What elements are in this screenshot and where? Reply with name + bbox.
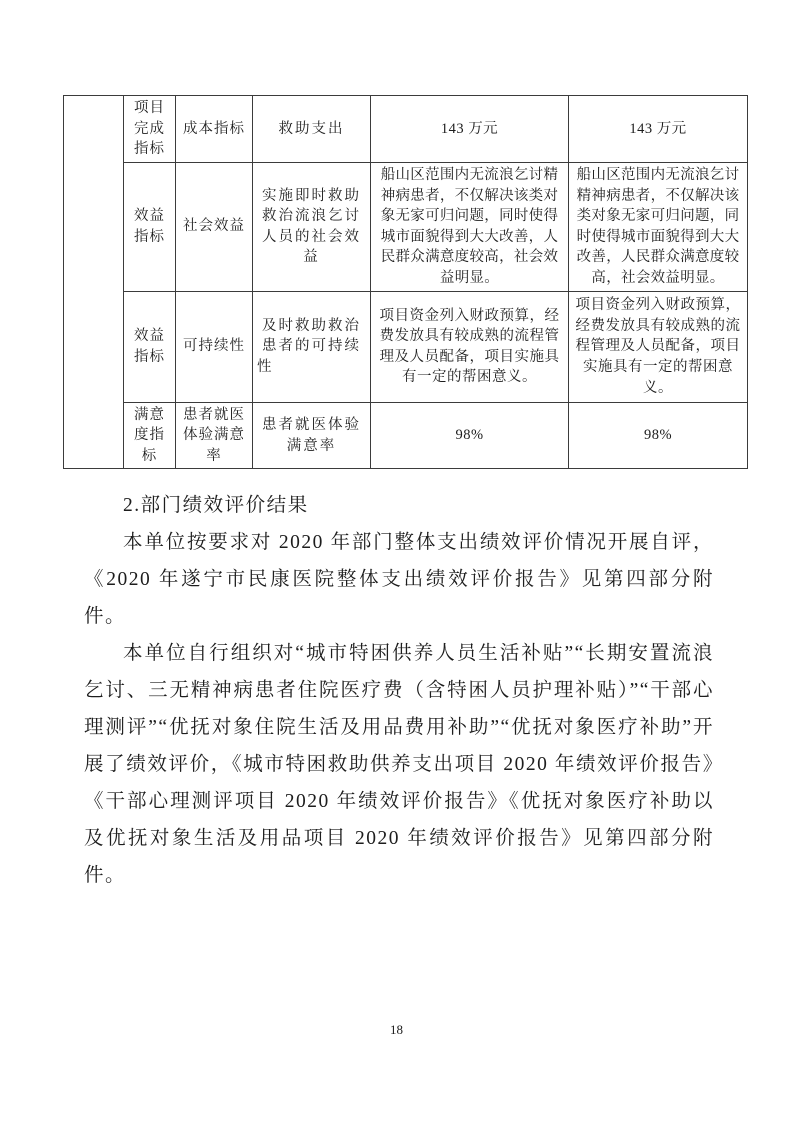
table-cell-category: 效益指标	[124, 162, 176, 291]
table-cell-target: 船山区范围内无流浪乞讨精神病患者，不仅解决该类对象无家可归问题，同时使得城市面貌…	[371, 162, 569, 291]
body-text-block: 2.部门绩效评价结果 本单位按要求对 2020 年部门整体支出绩效评价情况开展自…	[84, 487, 714, 894]
page-number: 18	[0, 1022, 793, 1038]
paragraph-project-evaluations: 本单位自行组织对“城市特困供养人员生活补贴”“长期安置流浪乞讨、三无精神病患者住…	[84, 635, 714, 894]
table-cell-category: 满意度指标	[124, 402, 176, 469]
table-cell-actual: 船山区范围内无流浪乞讨精神病患者，不仅解决该类对象无家可归问题，同时使得城市面貌…	[569, 162, 748, 291]
table-row: 效益指标 可持续性 及时救助救治患者的可持续性 项目资金列入财政预算，经费发放具…	[64, 291, 748, 402]
table-cell-actual: 项目资金列入财政预算，经费发放具有较成熟的流程管理及人员配备，项目实施具有一定的…	[569, 291, 748, 402]
table-cell-type: 患者就医体验满意率	[176, 402, 253, 469]
table-cell-continued-stub	[64, 96, 124, 469]
table-row: 效益指标 社会效益 实施即时救助救治流浪乞讨人员的社会效益 船山区范围内无流浪乞…	[64, 162, 748, 291]
table-cell-indicator: 救助支出	[253, 96, 371, 163]
table-cell-actual: 98%	[569, 402, 748, 469]
table-cell-target: 项目资金列入财政预算，经费发放具有较成熟的流程管理及人员配备，项目实施具有一定的…	[371, 291, 569, 402]
table-cell-type: 可持续性	[176, 291, 253, 402]
table-cell-target: 143 万元	[371, 96, 569, 163]
table-cell-target: 98%	[371, 402, 569, 469]
table-row: 满意度指标 患者就医体验满意率 患者就医体验满意率 98% 98%	[64, 402, 748, 469]
document-page: 项目完成指标 成本指标 救助支出 143 万元 143 万元 效益指标 社会效益…	[0, 0, 793, 1122]
table-cell-indicator: 患者就医体验满意率	[253, 402, 371, 469]
table-cell-indicator: 实施即时救助救治流浪乞讨人员的社会效益	[253, 162, 371, 291]
table-cell-category: 项目完成指标	[124, 96, 176, 163]
paragraph-self-evaluation: 本单位按要求对 2020 年部门整体支出绩效评价情况开展自评，《2020 年遂宁…	[84, 524, 714, 635]
table-row: 项目完成指标 成本指标 救助支出 143 万元 143 万元	[64, 96, 748, 163]
table-cell-actual: 143 万元	[569, 96, 748, 163]
table-cell-type: 成本指标	[176, 96, 253, 163]
performance-indicator-table: 项目完成指标 成本指标 救助支出 143 万元 143 万元 效益指标 社会效益…	[63, 95, 748, 469]
table-cell-category: 效益指标	[124, 291, 176, 402]
section-heading: 2.部门绩效评价结果	[84, 487, 714, 524]
table-cell-indicator: 及时救助救治患者的可持续性	[253, 291, 371, 402]
table-cell-type: 社会效益	[176, 162, 253, 291]
